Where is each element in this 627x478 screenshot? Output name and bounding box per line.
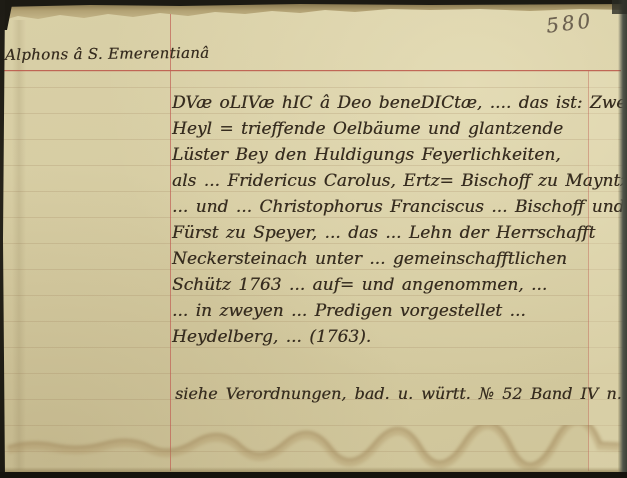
page-number: 580	[545, 8, 595, 38]
manuscript-line: DVæ oLIVæ hIC â Deo beneDICtæ, .... das …	[172, 90, 612, 116]
scan-border-right	[618, 0, 627, 478]
reference-note: siehe Verordnungen, bad. u. württ. № 52 …	[175, 384, 627, 403]
torn-edge	[0, 4, 627, 21]
manuscript-line: ... in zweyen ... Predigen vorgestellet …	[172, 298, 612, 324]
manuscript-body: DVæ oLIVæ hIC â Deo beneDICtæ, .... das …	[172, 90, 612, 350]
red-rule-vertical-left	[170, 14, 171, 471]
manuscript-line: Schütz 1763 ... auf= und angenommen, ...	[172, 272, 612, 298]
manuscript-line: Heydelberg, ... (1763).	[172, 324, 612, 350]
paper-crease	[12, 20, 26, 470]
manuscript-line: Fürst zu Speyer, ... das ... Lehn der He…	[172, 220, 612, 246]
manuscript-line: ... und ... Christophorus Franciscus ...…	[172, 194, 612, 220]
manuscript-line: Lüster Bey den Huldigungs Feyerlichkeite…	[172, 142, 612, 168]
scan-border-corner-top-right	[612, 0, 627, 14]
water-stain-edge	[8, 425, 620, 464]
manuscript-line: als ... Fridericus Carolus, Ertz= Bischo…	[172, 168, 612, 194]
scan-border-bottom	[0, 472, 627, 478]
scan-border-left	[0, 0, 5, 478]
water-stain	[0, 425, 627, 470]
manuscript-line: Neckersteinach unter ... gemeinschafftli…	[172, 246, 612, 272]
scanned-index-card: 580 Alphons â S. Emerentianâ DVæ oLIVæ h…	[0, 0, 627, 478]
water-stain-path	[8, 425, 620, 467]
manuscript-line: Heyl = trieffende Oelbäume und glantzend…	[172, 116, 612, 142]
card-heading: Alphons â S. Emerentianâ	[5, 44, 170, 64]
red-rule-horizontal	[0, 70, 621, 71]
